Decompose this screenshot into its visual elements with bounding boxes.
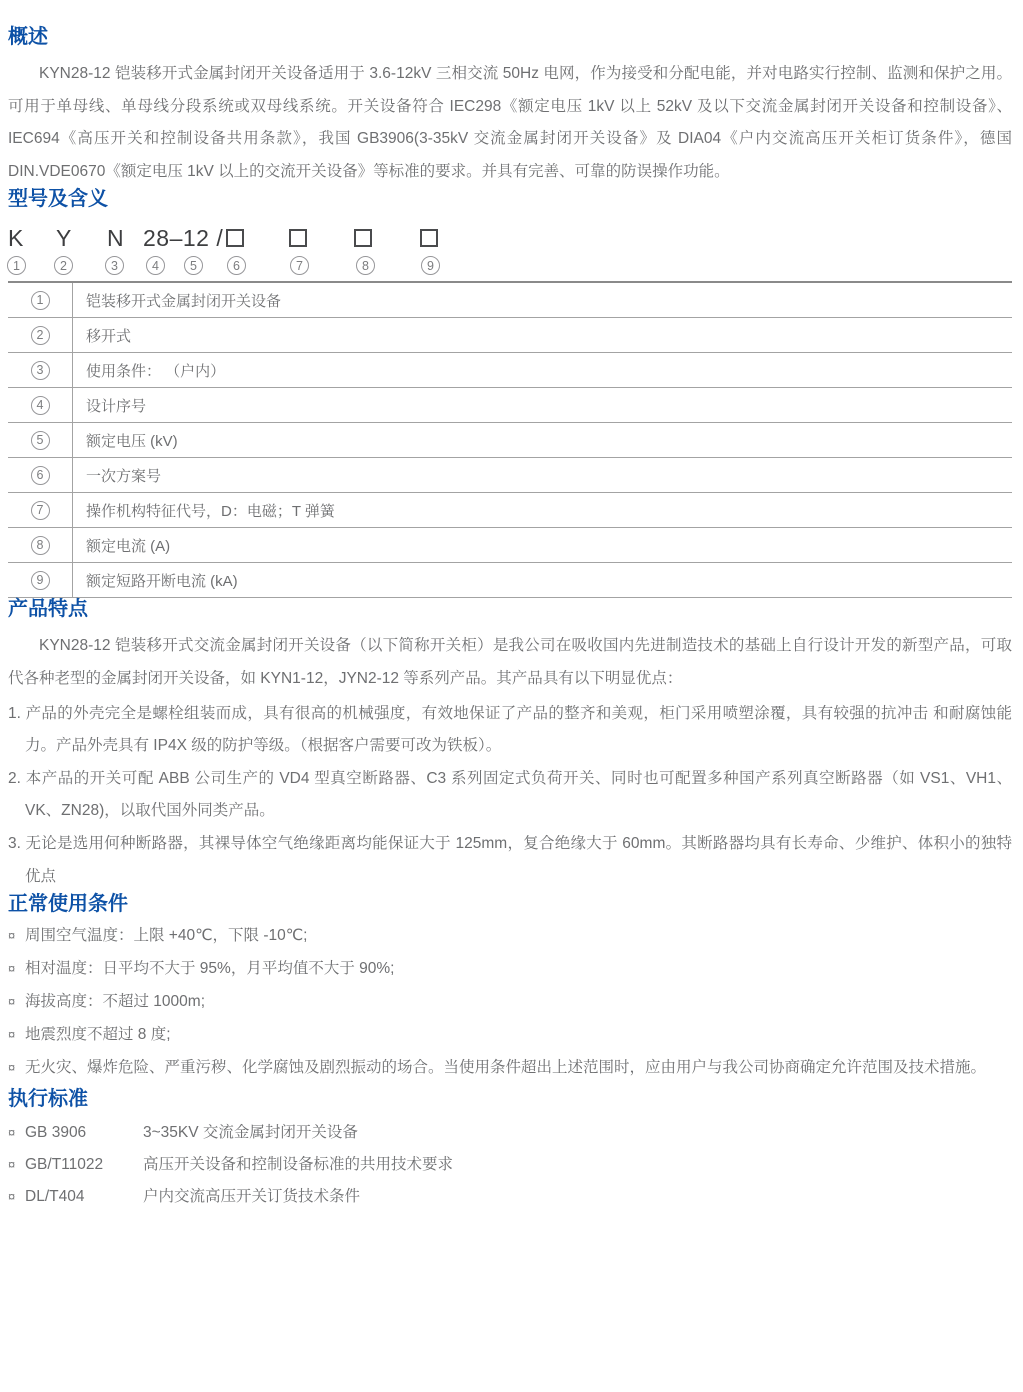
conditions-list: ¤周围空气温度：上限 +40℃，下限 -10℃; ¤相对温度：日平均不大于 95… bbox=[8, 923, 1012, 1088]
circled-number-4: 4 bbox=[146, 256, 165, 275]
row-marker-cell: 1 bbox=[8, 283, 73, 317]
feature-text: 本产品的开关可配 ABB 公司生产的 VD4 型真空断路器、C3 系列固定式负荷… bbox=[25, 770, 1012, 820]
feature-number: 3. bbox=[8, 835, 21, 852]
feature-number: 2. bbox=[8, 770, 21, 787]
square-bullet-icon: ¤ bbox=[8, 928, 25, 943]
standard-description: 户内交流高压开关订货技术条件 bbox=[143, 1184, 1012, 1206]
row-text: 额定电压 (kV) bbox=[73, 430, 178, 451]
table-row: 9 额定短路开断电流 (kA) bbox=[8, 563, 1012, 598]
standard-item: ¤ GB 3906 3~35KV 交流金属封闭开关设备 bbox=[8, 1120, 1012, 1152]
condition-text: 地震烈度不超过 8 度; bbox=[25, 1022, 171, 1044]
circled-number-2: 2 bbox=[54, 256, 73, 275]
circled-number: 6 bbox=[31, 466, 50, 485]
row-marker-cell: 7 bbox=[8, 493, 73, 527]
row-text: 设计序号 bbox=[73, 395, 146, 416]
row-text: 额定短路开断电流 (kA) bbox=[73, 570, 238, 591]
row-marker-cell: 6 bbox=[8, 458, 73, 492]
table-row: 8 额定电流 (A) bbox=[8, 528, 1012, 563]
model-series-code: 28–12 / bbox=[143, 225, 223, 251]
model-blank-box-8 bbox=[354, 229, 372, 247]
feature-text: 产品的外壳完全是螺栓组装而成，具有很高的机械强度，有效地保证了产品的整齐和美观，… bbox=[25, 705, 1012, 755]
row-text: 移开式 bbox=[73, 325, 131, 346]
features-intro: KYN28-12 铠装移开式交流金属封闭开关设备（以下简称开关柜）是我公司在吸收… bbox=[8, 630, 1012, 695]
row-marker-cell: 2 bbox=[8, 318, 73, 352]
feature-text: 无论是选用何种断路器，其裸导体空气绝缘距离均能保证大于 125mm，复合绝缘大于… bbox=[25, 835, 1012, 885]
circled-number-1: 1 bbox=[7, 256, 26, 275]
section-title-features: 产品特点 bbox=[8, 598, 1012, 621]
standard-item: ¤ GB/T11022 高压开关设备和控制设备标准的共用技术要求 bbox=[8, 1152, 1012, 1184]
standard-code: DL/T404 bbox=[25, 1188, 143, 1206]
row-marker-cell: 9 bbox=[8, 563, 73, 597]
condition-item: ¤相对温度：日平均不大于 95%，月平均值不大于 90%; bbox=[8, 956, 1012, 989]
row-text: 操作机构特征代号，D：电磁；T 弹簧 bbox=[73, 500, 335, 521]
square-bullet-icon: ¤ bbox=[8, 1189, 25, 1204]
feature-number: 1. bbox=[8, 705, 21, 722]
model-letter-n: N bbox=[107, 225, 124, 251]
circled-number-9: 9 bbox=[421, 256, 440, 275]
standard-code: GB/T11022 bbox=[25, 1156, 143, 1174]
condition-text: 相对温度：日平均不大于 95%，月平均值不大于 90%; bbox=[25, 956, 394, 978]
table-row: 4 设计序号 bbox=[8, 388, 1012, 423]
square-bullet-icon: ¤ bbox=[8, 961, 25, 976]
feature-item: 2. 本产品的开关可配 ABB 公司生产的 VD4 型真空断路器、C3 系列固定… bbox=[8, 763, 1012, 828]
square-bullet-icon: ¤ bbox=[8, 1125, 25, 1140]
table-row: 7 操作机构特征代号，D：电磁；T 弹簧 bbox=[8, 493, 1012, 528]
circled-number: 2 bbox=[31, 326, 50, 345]
row-marker-cell: 5 bbox=[8, 423, 73, 457]
square-bullet-icon: ¤ bbox=[8, 994, 25, 1009]
square-bullet-icon: ¤ bbox=[8, 1157, 25, 1172]
circled-number: 3 bbox=[31, 361, 50, 380]
condition-text: 周围空气温度：上限 +40℃，下限 -10℃; bbox=[25, 923, 307, 945]
model-blank-box-7 bbox=[289, 229, 307, 247]
condition-text: 海拔高度：不超过 1000m; bbox=[25, 989, 205, 1011]
standard-code: GB 3906 bbox=[25, 1124, 143, 1142]
model-blank-box-6 bbox=[226, 229, 244, 247]
table-row: 1 铠装移开式金属封闭开关设备 bbox=[8, 283, 1012, 318]
standard-item: ¤ DL/T404 户内交流高压开关订货技术条件 bbox=[8, 1184, 1012, 1216]
circled-number: 8 bbox=[31, 536, 50, 555]
row-text: 一次方案号 bbox=[73, 465, 161, 486]
condition-text: 无火灾、爆炸危险、严重污秽、化学腐蚀及剧烈振动的场合。当使用条件超出上述范围时，… bbox=[25, 1055, 986, 1077]
condition-item: ¤海拔高度：不超过 1000m; bbox=[8, 989, 1012, 1022]
circled-number: 5 bbox=[31, 431, 50, 450]
row-marker-cell: 4 bbox=[8, 388, 73, 422]
section-title-model: 型号及含义 bbox=[8, 188, 1012, 211]
condition-item: ¤周围空气温度：上限 +40℃，下限 -10℃; bbox=[8, 923, 1012, 956]
row-text: 使用条件： （户内） bbox=[73, 360, 225, 381]
row-marker-cell: 8 bbox=[8, 528, 73, 562]
row-text: 铠装移开式金属封闭开关设备 bbox=[73, 290, 281, 311]
model-blank-box-9 bbox=[420, 229, 438, 247]
row-text: 额定电流 (A) bbox=[73, 535, 170, 556]
section-title-standards: 执行标准 bbox=[8, 1088, 1012, 1111]
overview-paragraph: KYN28-12 铠装移开式金属封闭开关设备适用于 3.6-12kV 三相交流 … bbox=[8, 58, 1012, 188]
square-bullet-icon: ¤ bbox=[8, 1027, 25, 1042]
table-row: 5 额定电压 (kV) bbox=[8, 423, 1012, 458]
feature-item: 1. 产品的外壳完全是螺栓组装而成，具有很高的机械强度，有效地保证了产品的整齐和… bbox=[8, 698, 1012, 763]
standard-description: 高压开关设备和控制设备标准的共用技术要求 bbox=[143, 1152, 1012, 1174]
model-letter-y: Y bbox=[56, 225, 72, 251]
standards-list: ¤ GB 3906 3~35KV 交流金属封闭开关设备 ¤ GB/T11022 … bbox=[8, 1120, 1012, 1216]
feature-item: 3. 无论是选用何种断路器，其裸导体空气绝缘距离均能保证大于 125mm，复合绝… bbox=[8, 828, 1012, 893]
circled-number-6: 6 bbox=[227, 256, 246, 275]
circled-number-3: 3 bbox=[105, 256, 124, 275]
circled-number-5: 5 bbox=[184, 256, 203, 275]
circled-number: 1 bbox=[31, 291, 50, 310]
section-title-overview: 概述 bbox=[8, 26, 1012, 49]
features-list: 1. 产品的外壳完全是螺栓组装而成，具有很高的机械强度，有效地保证了产品的整齐和… bbox=[8, 698, 1012, 894]
model-meaning-table: 1 铠装移开式金属封闭开关设备 2 移开式 3 使用条件： （户内） 4 设计序… bbox=[8, 281, 1012, 598]
circled-number: 9 bbox=[31, 571, 50, 590]
table-row: 3 使用条件： （户内） bbox=[8, 353, 1012, 388]
circled-number: 7 bbox=[31, 501, 50, 520]
model-letter-k: K bbox=[8, 225, 24, 251]
standard-description: 3~35KV 交流金属封闭开关设备 bbox=[143, 1120, 1012, 1142]
circled-number-8: 8 bbox=[356, 256, 375, 275]
table-row: 2 移开式 bbox=[8, 318, 1012, 353]
row-marker-cell: 3 bbox=[8, 353, 73, 387]
condition-item: ¤地震烈度不超过 8 度; bbox=[8, 1022, 1012, 1055]
section-title-conditions: 正常使用条件 bbox=[8, 893, 1012, 916]
condition-item: ¤无火灾、爆炸危险、严重污秽、化学腐蚀及剧烈振动的场合。当使用条件超出上述范围时… bbox=[8, 1055, 1012, 1088]
document-page: 概述 KYN28-12 铠装移开式金属封闭开关设备适用于 3.6-12kV 三相… bbox=[0, 0, 1023, 1236]
table-row: 6 一次方案号 bbox=[8, 458, 1012, 493]
circled-number: 4 bbox=[31, 396, 50, 415]
model-designation-diagram: K Y N 28–12 / 1 2 3 4 5 6 7 8 9 bbox=[8, 225, 1012, 278]
square-bullet-icon: ¤ bbox=[8, 1060, 25, 1075]
circled-number-7: 7 bbox=[290, 256, 309, 275]
